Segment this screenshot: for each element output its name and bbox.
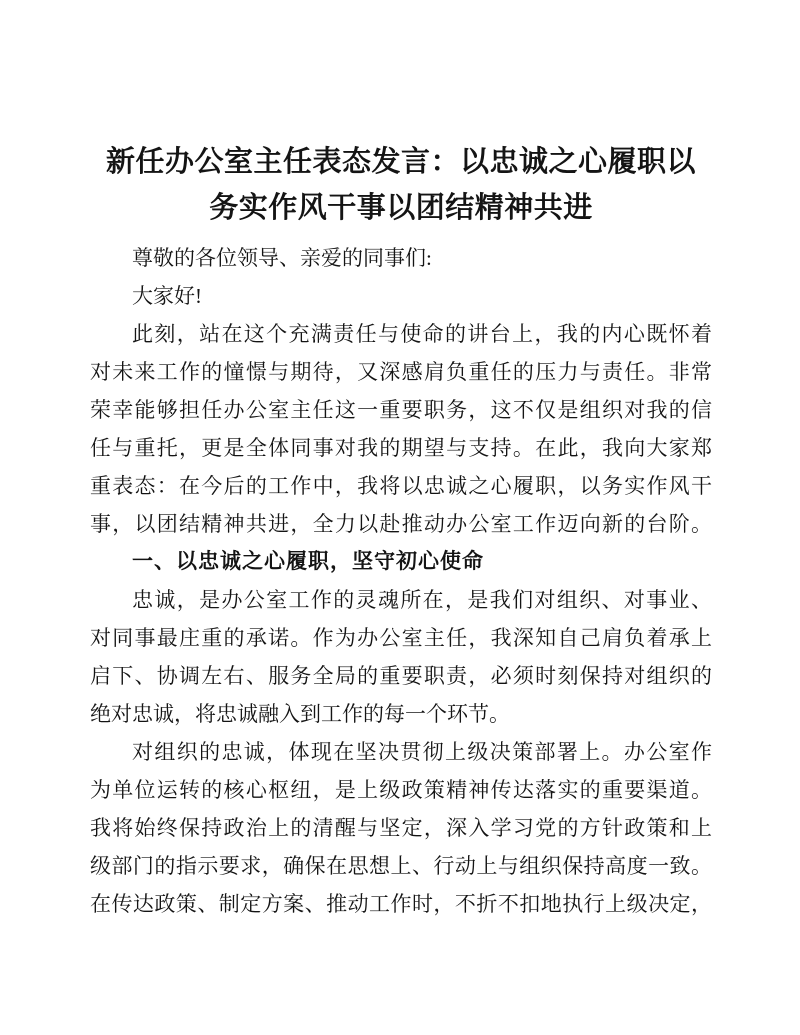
text-line: 此刻，站在这个充满责任与使命的讲台上，我的内心既怀着	[90, 315, 712, 353]
document-title: 新任办公室主任表态发言：以忠诚之心履职以 务实作风干事以团结精神共进	[90, 139, 712, 231]
text-line: 荣幸能够担任办公室主任这一重要职务，这不仅是组织对我的信	[90, 391, 712, 429]
text-line: 尊敬的各位领导、亲爱的同事们:	[90, 239, 712, 277]
text-line: 我将始终保持政治上的清醒与坚定，深入学习党的方针政策和上	[90, 809, 712, 847]
document-page: 新任办公室主任表态发言：以忠诚之心履职以 务实作风干事以团结精神共进 尊敬的各位…	[0, 0, 800, 1035]
title-line-1: 新任办公室主任表态发言：以忠诚之心履职以	[90, 139, 712, 185]
text-line: 绝对忠诚，将忠诚融入到工作的每一个环节。	[90, 695, 712, 733]
text-line: 事，以团结精神共进，全力以赴推动办公室工作迈向新的台阶。	[90, 505, 712, 543]
text-line: 任与重托，更是全体同事对我的期望与支持。在此，我向大家郑	[90, 429, 712, 467]
text-line: 忠诚，是办公室工作的灵魂所在，是我们对组织、对事业、	[90, 581, 712, 619]
text-line: 为单位运转的核心枢纽，是上级政策精神传达落实的重要渠道。	[90, 771, 712, 809]
text-line: 一、以忠诚之心履职，坚守初心使命	[90, 543, 712, 581]
text-line: 大家好!	[90, 277, 712, 315]
text-line: 级部门的指示要求，确保在思想上、行动上与组织保持高度一致。	[90, 847, 712, 885]
title-line-2: 务实作风干事以团结精神共进	[90, 185, 712, 231]
text-line: 对组织的忠诚，体现在坚决贯彻上级决策部署上。办公室作	[90, 733, 712, 771]
text-line: 启下、协调左右、服务全局的重要职责，必须时刻保持对组织的	[90, 657, 712, 695]
text-line: 对未来工作的憧憬与期待，又深感肩负重任的压力与责任。非常	[90, 353, 712, 391]
text-line: 在传达政策、制定方案、推动工作时，不折不扣地执行上级决定，	[90, 885, 712, 923]
text-line: 对同事最庄重的承诺。作为办公室主任，我深知自己肩负着承上	[90, 619, 712, 657]
document-body: 尊敬的各位领导、亲爱的同事们:大家好!此刻，站在这个充满责任与使命的讲台上，我的…	[90, 239, 712, 923]
text-line: 重表态：在今后的工作中，我将以忠诚之心履职，以务实作风干	[90, 467, 712, 505]
